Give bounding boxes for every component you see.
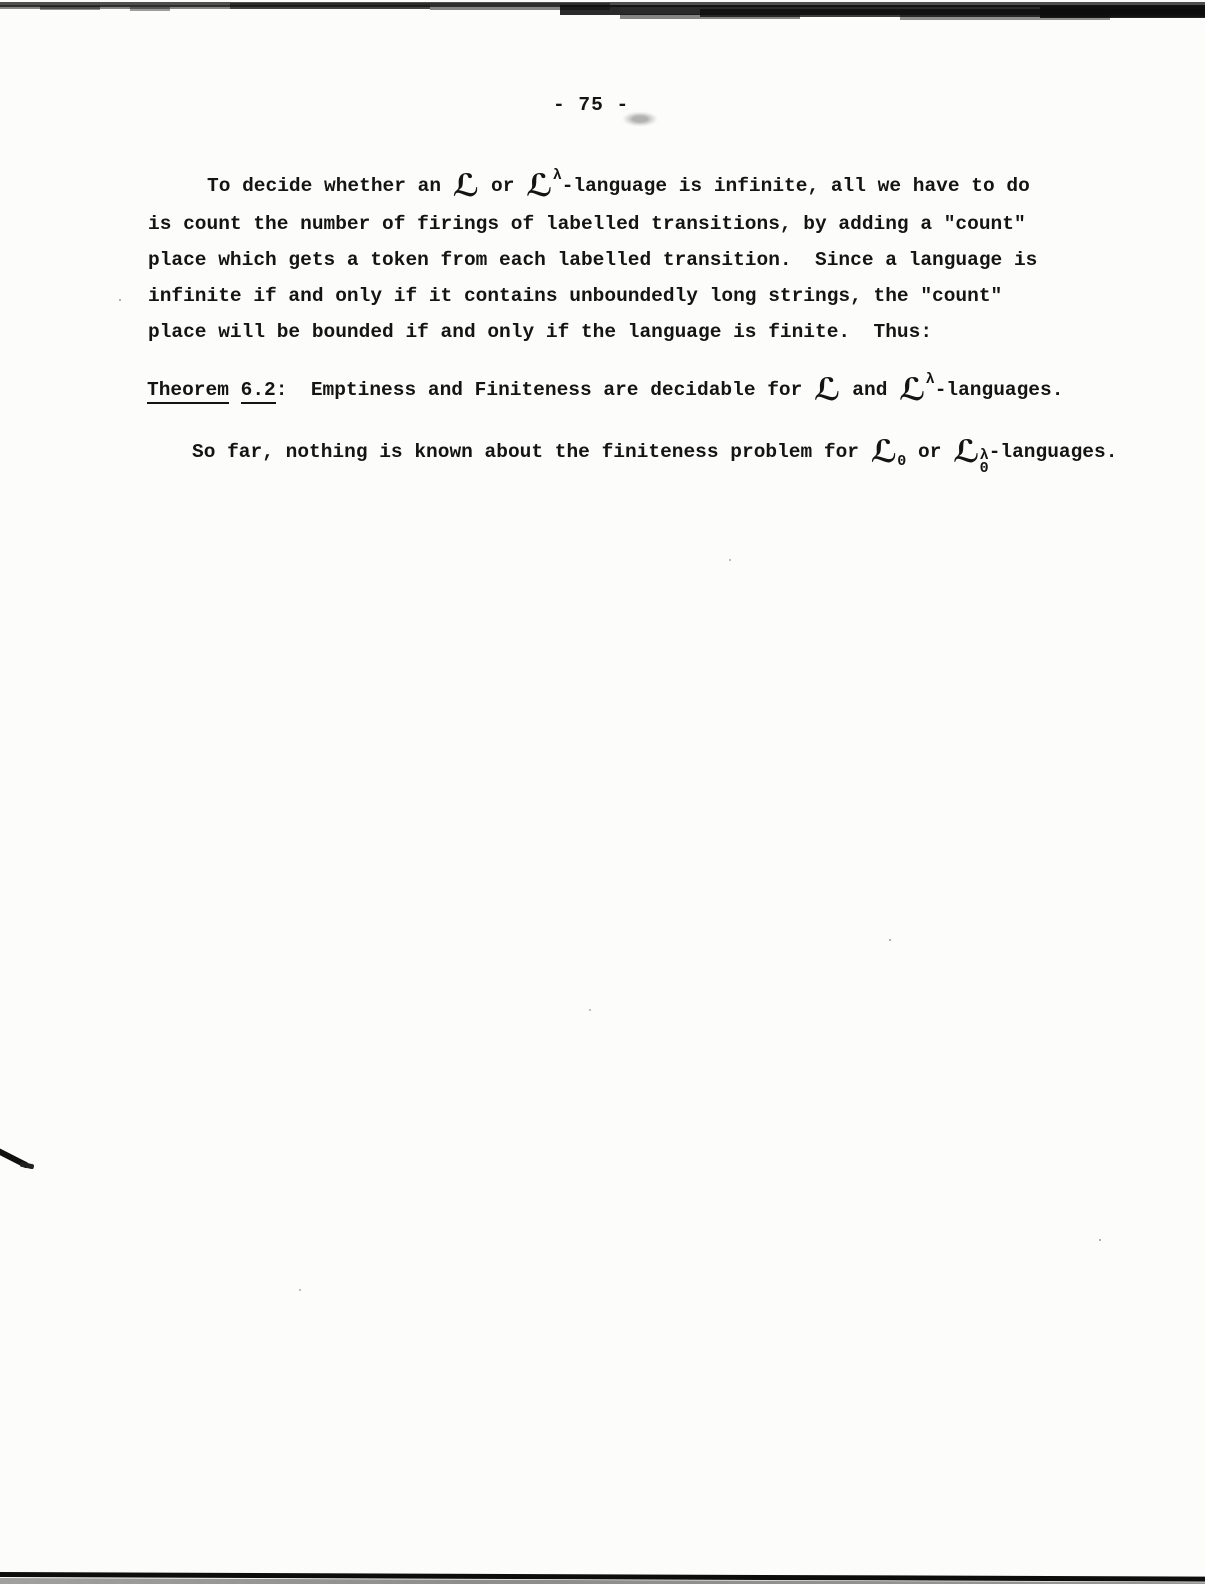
text-run: or	[906, 441, 953, 463]
paragraph-line: So far, nothing is known about the finit…	[148, 434, 1117, 479]
script-l-symbol: ℒ	[453, 168, 480, 204]
scan-artifact-top-band	[0, 0, 1205, 30]
text-run: -languages.	[935, 379, 1064, 401]
theorem-6-2: Theorem 6.2: Emptiness and Finiteness ar…	[147, 372, 1063, 410]
scan-artifact-pen-mark-tail	[20, 1162, 35, 1170]
text-run: :	[276, 379, 311, 401]
zero-subscript: 0	[897, 444, 906, 480]
paragraph-line: is count the number of firings of labell…	[148, 206, 1037, 242]
paragraph-line: place will be bounded if and only if the…	[148, 314, 1037, 350]
scanned-paper-page: - 75 - To decide whether an ℒ or ℒλ-lang…	[0, 0, 1205, 1584]
script-l-symbol: ℒ	[899, 372, 926, 408]
paragraph-line: place which gets a token from each label…	[148, 242, 1037, 278]
text-run: To decide whether an	[207, 175, 453, 197]
theorem-label: Theorem	[147, 379, 229, 404]
text-run: or	[479, 175, 526, 197]
lambda-over-zero-script: λ0	[980, 449, 989, 475]
paragraph-remark: So far, nothing is known about the finit…	[148, 434, 1117, 479]
text-run: -language is infinite, all we have to do	[562, 175, 1030, 197]
text-run: So far, nothing is known about the finit…	[192, 441, 871, 463]
text-run	[229, 379, 241, 401]
zero-subscript: 0	[980, 462, 989, 475]
page-number: - 75 -	[553, 94, 629, 116]
paragraph-intro: To decide whether an ℒ or ℒλ-language is…	[148, 168, 1037, 350]
theorem-number: 6.2	[241, 379, 276, 404]
script-l-zero-lambda-symbol: ℒ	[953, 434, 980, 470]
theorem-line: Theorem 6.2: Emptiness and Finiteness ar…	[147, 372, 1063, 410]
lambda-superscript: λ	[553, 158, 562, 194]
script-l-zero-symbol: ℒ	[871, 434, 898, 470]
text-run: -languages.	[989, 441, 1118, 463]
script-l-symbol: ℒ	[526, 168, 553, 204]
lambda-superscript: λ	[926, 362, 935, 398]
scan-smudge	[623, 112, 657, 126]
paragraph-line: infinite if and only if it contains unbo…	[148, 278, 1037, 314]
paragraph-line: To decide whether an ℒ or ℒλ-language is…	[148, 168, 1037, 206]
text-run: Emptiness and Finiteness are decidable f…	[311, 379, 814, 401]
text-run: and	[841, 379, 900, 401]
script-l-symbol: ℒ	[814, 372, 841, 408]
